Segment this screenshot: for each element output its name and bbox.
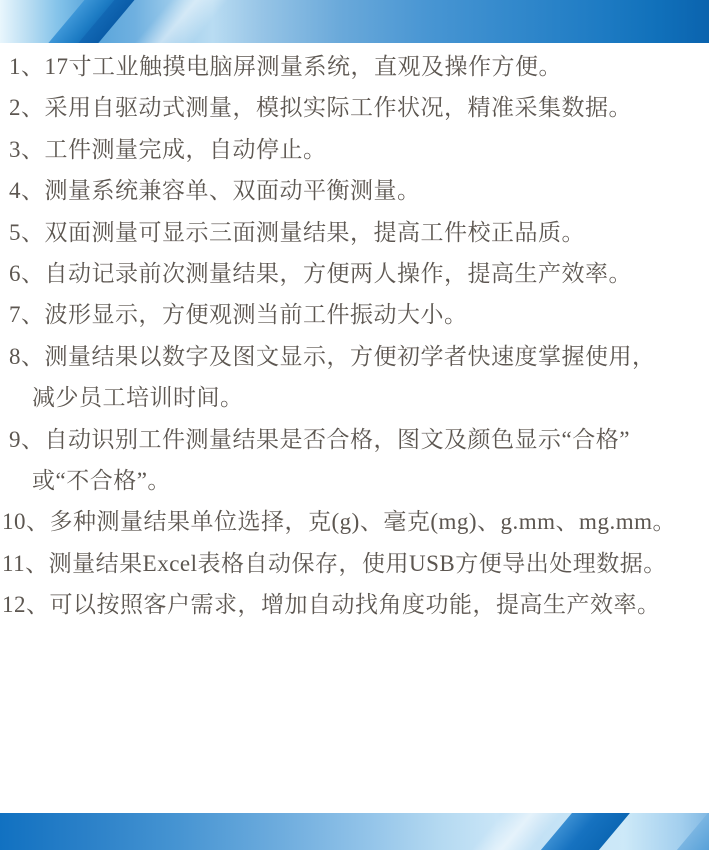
header-banner [0, 0, 709, 43]
feature-line-4: 4、测量系统兼容单、双面动平衡测量。 [0, 170, 709, 211]
feature-line-3: 3、工件测量完成，自动停止。 [0, 129, 709, 170]
footer-banner [0, 813, 709, 850]
feature-line-1: 1、17寸工业触摸电脑屏测量系统，直观及操作方便。 [0, 46, 709, 87]
document-page: 1、17寸工业触摸电脑屏测量系统，直观及操作方便。 2、采用自驱动式测量，模拟实… [0, 0, 709, 850]
feature-line-6: 6、自动记录前次测量结果，方便两人操作，提高生产效率。 [0, 253, 709, 294]
feature-line-11: 11、测量结果Excel表格自动保存，使用USB方便导出处理数据。 [0, 543, 709, 584]
header-diagonal-sheen [129, 0, 234, 43]
feature-line-12: 12、可以按照客户需求，增加自动找角度功能，提高生产效率。 [0, 584, 709, 625]
feature-line-10: 10、多种测量结果单位选择，克(g)、毫克(mg)、g.mm、mg.mm。 [0, 501, 709, 542]
feature-list: 1、17寸工业触摸电脑屏测量系统，直观及操作方便。 2、采用自驱动式测量，模拟实… [0, 46, 709, 625]
footer-corner-stripe [671, 813, 709, 850]
feature-line-8: 8、测量结果以数字及图文显示，方便初学者快速度掌握使用， [0, 336, 709, 377]
feature-line-9-cont: 或“不合格”。 [0, 460, 709, 501]
feature-line-7: 7、波形显示，方便观测当前工件振动大小。 [0, 294, 709, 335]
feature-line-5: 5、双面测量可显示三面测量结果，提高工件校正品质。 [0, 212, 709, 253]
feature-line-8-cont: 减少员工培训时间。 [0, 377, 709, 418]
feature-line-2: 2、采用自驱动式测量，模拟实际工作状况，精准采集数据。 [0, 87, 709, 128]
feature-line-9: 9、自动识别工件测量结果是否合格，图文及颜色显示“合格” [0, 419, 709, 460]
